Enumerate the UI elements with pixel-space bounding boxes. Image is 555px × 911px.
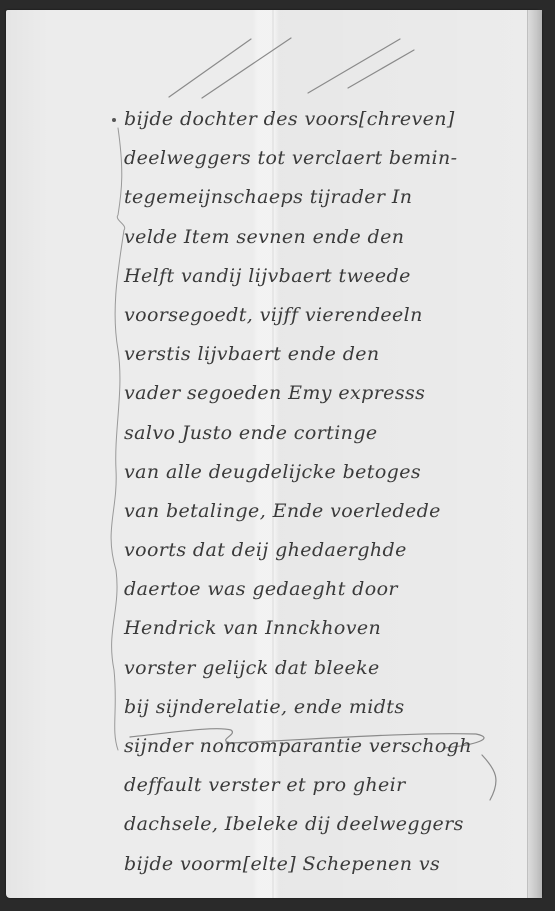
text-line: Hendrick van Innckhoven xyxy=(124,609,534,648)
text-line: voorsegoedt, vijff vierendeeln xyxy=(124,296,534,335)
text-line: voorts dat deij ghedaerghde xyxy=(124,531,534,570)
text-line: Helft vandij lijvbaert tweede xyxy=(124,257,534,296)
text-line: sijnder noncomparantie verschogh xyxy=(124,727,534,766)
text-line: vader segoeden Emy expresss xyxy=(124,374,534,413)
text-line: velde Item sevnen ende den xyxy=(124,218,534,257)
manuscript-page: bijde dochter des voors[chreven] deelweg… xyxy=(6,10,542,898)
text-line: daertoe was gedaeght door xyxy=(124,570,534,609)
text-line: verstis lijvbaert ende den xyxy=(124,335,534,374)
text-line: bijde dochter des voors[chreven] xyxy=(124,100,534,139)
text-line: deelweggers tot verclaert bemin- xyxy=(124,139,534,178)
text-line: bijde voorm[elte] Schepenen vs xyxy=(124,845,534,884)
text-line: van alle deugdelijcke betoges xyxy=(124,453,534,492)
text-line: van betalinge, Ende voerledede xyxy=(124,492,534,531)
text-line: tegemeijnschaeps tijrader In xyxy=(124,178,534,217)
handwritten-text: bijde dochter des voors[chreven] deelweg… xyxy=(124,100,534,884)
text-line: salvo Justo ende cortinge xyxy=(124,414,534,453)
bullet-dot xyxy=(112,118,116,122)
text-line: dachsele, Ibeleke dij deelweggers xyxy=(124,805,534,844)
text-line: vorster gelijck dat bleeke xyxy=(124,649,534,688)
text-line: bij sijnderelatie, ende midts xyxy=(124,688,534,727)
text-line: deffault verster et pro gheir xyxy=(124,766,534,805)
